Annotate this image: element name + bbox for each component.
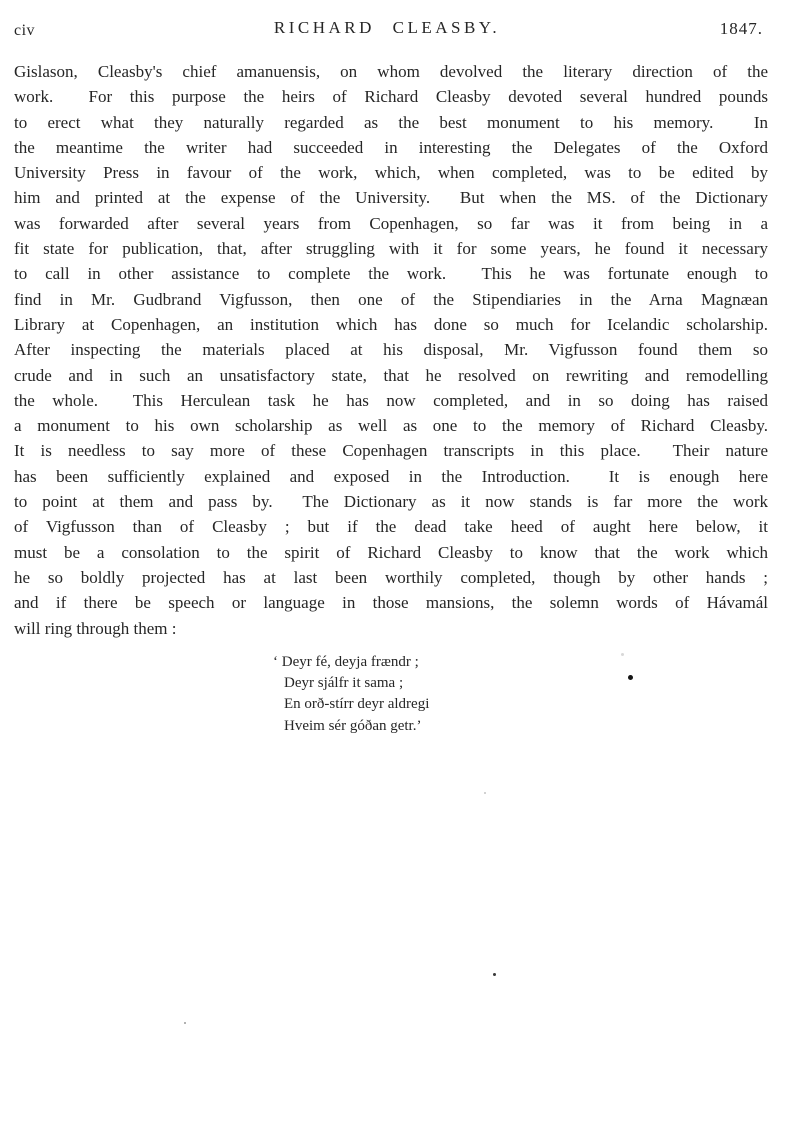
body-line: find in Mr. Gudbrand Vigfusson, then one…: [14, 287, 768, 312]
page-header: civ RICHARD CLEASBY. 1847.: [0, 16, 800, 44]
body-line: the whole. This Herculean task he has no…: [14, 388, 768, 413]
body-line: work. For this purpose the heirs of Rich…: [14, 84, 768, 109]
body-line: After inspecting the materials placed at…: [14, 337, 768, 362]
verse-line: Deyr sjálfr it sama ;: [284, 673, 768, 694]
verse-line: Hveim sér góðan getr.’: [284, 716, 768, 737]
ink-speck: [628, 675, 633, 680]
verse-quote: ‘ Deyr fé, deyja frændr ;Deyr sjálfr it …: [284, 652, 768, 737]
body-line: to point at them and pass by. The Dictio…: [14, 489, 768, 514]
verse-line: En orð-stírr deyr aldregi: [284, 694, 768, 715]
body-line: the meantime the writer had succeeded in…: [14, 135, 768, 160]
running-title: RICHARD CLEASBY.: [0, 18, 774, 38]
body-line: he so boldly projected has at last been …: [14, 565, 768, 590]
verse-line: ‘ Deyr fé, deyja frændr ;: [284, 652, 768, 673]
body-line: was forwarded after several years from C…: [14, 211, 768, 236]
body-text: Gislason, Cleasby's chief amanuensis, on…: [14, 59, 768, 737]
body-line: a monument to his own scholarship as wel…: [14, 413, 768, 438]
body-line: and if there be speech or language in th…: [14, 590, 768, 615]
body-line: fit state for publication, that, after s…: [14, 236, 768, 261]
body-line: of Vigfusson than of Cleasby ; but if th…: [14, 514, 768, 539]
page-year: 1847.: [720, 19, 763, 39]
body-line: It is needless to say more of these Cope…: [14, 438, 768, 463]
body-line: has been sufficiently explained and expo…: [14, 464, 768, 489]
body-line: University Press in favour of the work, …: [14, 160, 768, 185]
body-line: Gislason, Cleasby's chief amanuensis, on…: [14, 59, 768, 84]
ink-speck: [184, 1022, 186, 1024]
body-line: Library at Copenhagen, an institution wh…: [14, 312, 768, 337]
ink-speck: [621, 653, 624, 656]
body-line: him and printed at the expense of the Un…: [14, 185, 768, 210]
paragraph: Gislason, Cleasby's chief amanuensis, on…: [14, 59, 768, 641]
body-line: to erect what they naturally regarded as…: [14, 110, 768, 135]
body-line: must be a consolation to the spirit of R…: [14, 540, 768, 565]
body-line: crude and in such an unsatisfactory stat…: [14, 363, 768, 388]
book-page: civ RICHARD CLEASBY. 1847. Gislason, Cle…: [0, 0, 800, 1137]
body-line: will ring through them :: [14, 616, 768, 641]
body-line: to call in other assistance to complete …: [14, 261, 768, 286]
ink-speck: [493, 973, 496, 976]
ink-speck: [484, 792, 486, 794]
